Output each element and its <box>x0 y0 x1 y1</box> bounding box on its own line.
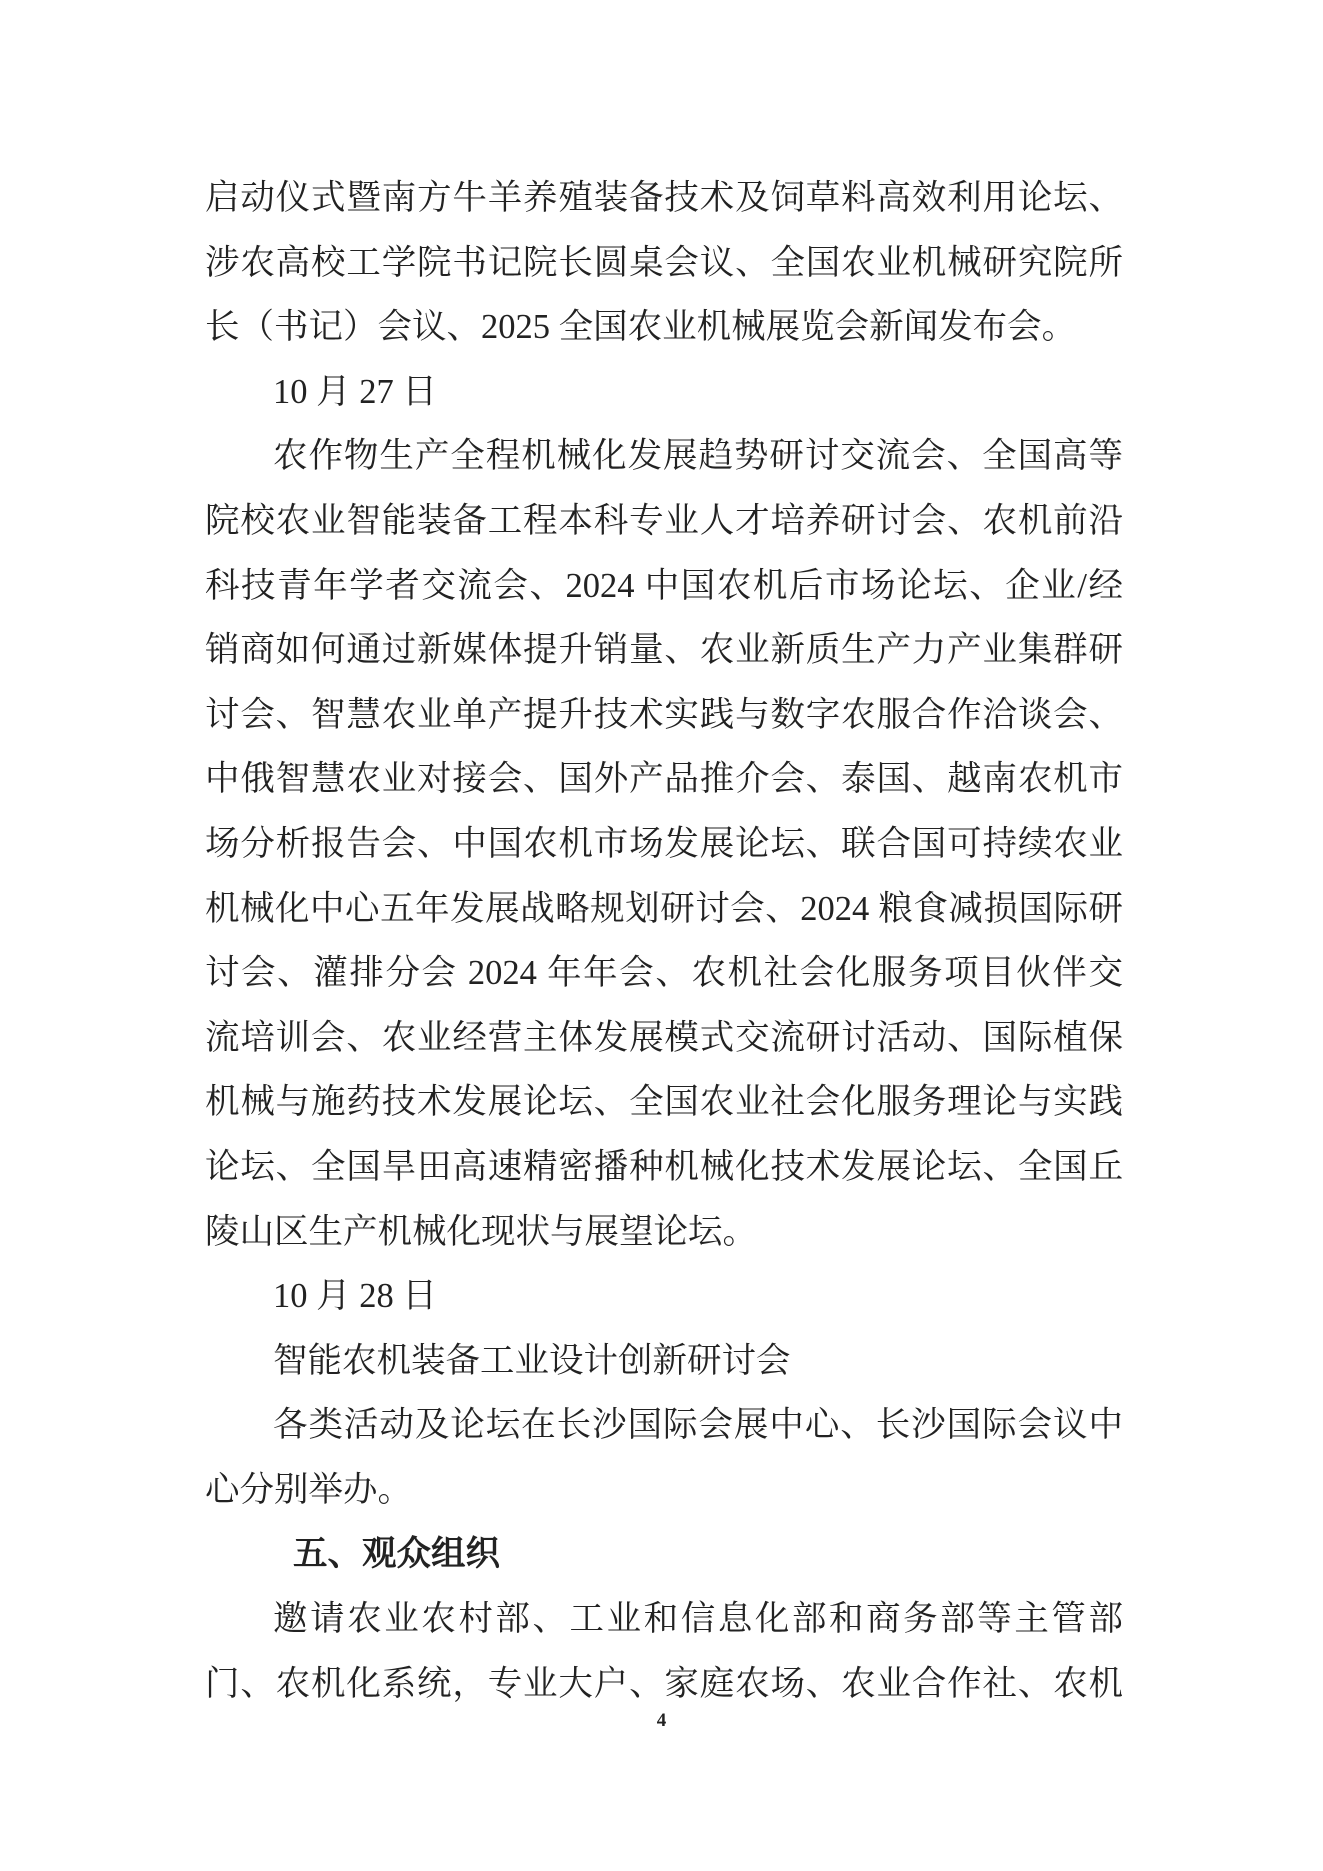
body-line: 销商如何通过新媒体提升销量、农业新质生产力产业集群研 <box>205 618 1123 683</box>
body-line: 心分别举办。 <box>205 1458 1123 1523</box>
body-line: 10 月 28 日 <box>205 1264 1123 1329</box>
body-line: 各类活动及论坛在长沙国际会展中心、长沙国际会议中 <box>205 1393 1123 1458</box>
body-line: 长（书记）会议、2025 全国农业机械展览会新闻发布会。 <box>205 295 1123 360</box>
body-line: 门、农机化系统，专业大户、家庭农场、农业合作社、农机 <box>205 1652 1123 1717</box>
document-page: 启动仪式暨南方牛羊养殖装备技术及饲草料高效利用论坛、涉农高校工学院书记院长圆桌会… <box>0 0 1323 1871</box>
body-line: 流培训会、农业经营主体发展模式交流研讨活动、国际植保 <box>205 1006 1123 1071</box>
body-line: 讨会、智慧农业单产提升技术实践与数字农服合作洽谈会、 <box>205 683 1123 748</box>
body-line: 机械化中心五年发展战略规划研讨会、2024 粮食减损国际研 <box>205 877 1123 942</box>
body-line: 邀请农业农村部、工业和信息化部和商务部等主管部 <box>205 1587 1123 1652</box>
body-line: 陵山区生产机械化现状与展望论坛。 <box>205 1200 1123 1265</box>
body-line: 10 月 27 日 <box>205 360 1123 425</box>
section-heading: 五、观众组织 <box>205 1522 1123 1587</box>
body-line: 机械与施药技术发展论坛、全国农业社会化服务理论与实践 <box>205 1070 1123 1135</box>
body-line: 涉农高校工学院书记院长圆桌会议、全国农业机械研究院所 <box>205 231 1123 296</box>
body-line: 场分析报告会、中国农机市场发展论坛、联合国可持续农业 <box>205 812 1123 877</box>
body-line: 启动仪式暨南方牛羊养殖装备技术及饲草料高效利用论坛、 <box>205 166 1123 231</box>
document-body: 启动仪式暨南方牛羊养殖装备技术及饲草料高效利用论坛、涉农高校工学院书记院长圆桌会… <box>205 166 1123 1716</box>
body-line: 中俄智慧农业对接会、国外产品推介会、泰国、越南农机市 <box>205 747 1123 812</box>
body-line: 院校农业智能装备工程本科专业人才培养研讨会、农机前沿 <box>205 489 1123 554</box>
body-line: 讨会、灌排分会 2024 年年会、农机社会化服务项目伙伴交 <box>205 941 1123 1006</box>
body-line: 农作物生产全程机械化发展趋势研讨交流会、全国高等 <box>205 424 1123 489</box>
body-line: 智能农机装备工业设计创新研讨会 <box>205 1329 1123 1394</box>
body-line: 科技青年学者交流会、2024 中国农机后市场论坛、企业/经 <box>205 554 1123 619</box>
body-line: 论坛、全国旱田高速精密播种机械化技术发展论坛、全国丘 <box>205 1135 1123 1200</box>
page-number: 4 <box>0 1710 1323 1732</box>
